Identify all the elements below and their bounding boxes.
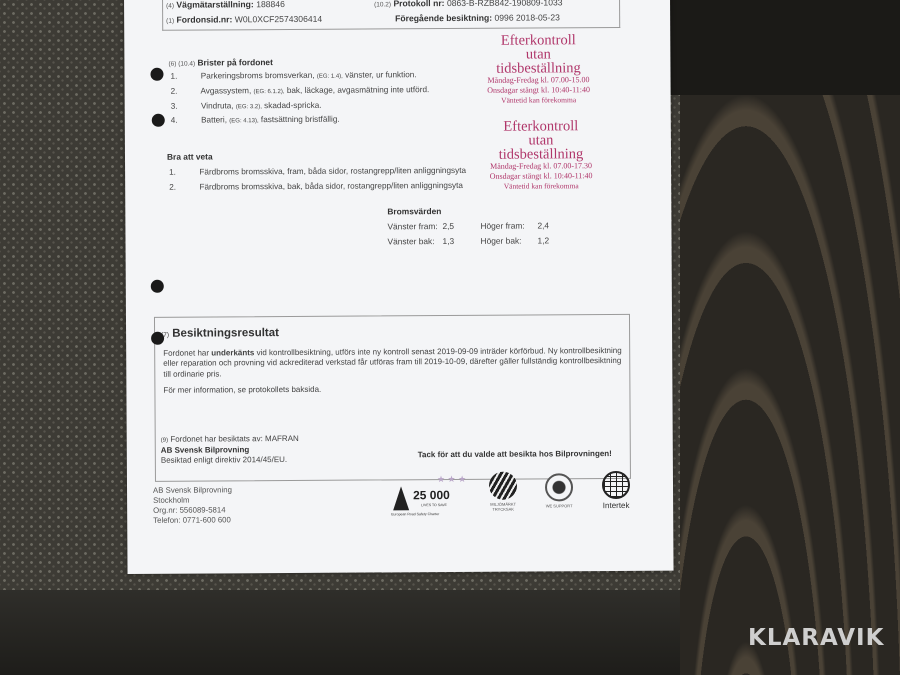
result-text: Fordonet har underkänts vid kontrollbesi… — [163, 346, 623, 380]
defect-item: 4. Batteri, (EG: 4.13), fastsättning bri… — [171, 115, 340, 125]
intertek-logo: Intertek — [595, 471, 637, 510]
stars-icon: ★ ★ ★ — [437, 474, 466, 485]
floor-mat-background — [680, 0, 900, 675]
right-front-value: 2,4 — [537, 220, 549, 230]
brake-values: Bromsvärden Vänster fram: 2,5 Höger fram… — [387, 205, 549, 251]
punch-hole — [150, 68, 163, 81]
protocol-number-field: (10.2) Protokoll nr: 0863-B-RZB842-19080… — [374, 0, 563, 8]
follow-up-stamp: Efterkontroll utan tidsbeställning Månda… — [461, 119, 621, 191]
vehicle-id-field: (1) Fordonsid.nr: W0L0XCF2574306414 — [166, 14, 322, 25]
un-global-compact-logo: WE SUPPORT — [539, 473, 579, 508]
good-to-know-heading: Bra att veta — [167, 151, 213, 161]
inspection-result-box: (7) Besiktningsresultat Fordonet har und… — [154, 314, 631, 482]
more-info-text: För mer information, se protokollets bak… — [163, 385, 321, 395]
result-heading: (7) Besiktningsresultat — [161, 327, 279, 340]
inspection-protocol-document: (4) Vägmätarställning: 188846 (1) Fordon… — [124, 0, 674, 574]
good-to-know-item: 2. Färdbroms bromsskiva, bak, båda sidor… — [169, 181, 463, 192]
globe-icon — [545, 473, 573, 501]
right-rear-value: 1,2 — [537, 235, 549, 245]
left-rear-value: 1,3 — [442, 236, 480, 246]
globe-icon — [602, 471, 630, 499]
defect-item: 2. Avgassystem, (EG: 6.1.2), bak, läckag… — [171, 85, 430, 96]
road-icon — [393, 486, 409, 510]
punch-hole — [151, 332, 164, 345]
defect-item: 1. Parkeringsbroms bromsverkan, (EG: 1.4… — [170, 70, 416, 81]
klaravik-watermark: KLARAVIK — [748, 625, 884, 651]
inspector-info: (9) Fordonet har besiktats av: MAFRAN AB… — [161, 434, 299, 466]
defect-item: 3. Vindruta, (EG: 3.2), skadad-spricka. — [171, 101, 322, 111]
odometer-field: (4) Vägmätarställning: 188846 — [166, 0, 285, 10]
follow-up-stamp: Efterkontroll utan tidsbeställning Månda… — [458, 33, 618, 105]
previous-inspection-field: Föregående besiktning: 0996 2018-05-23 — [395, 12, 560, 23]
certification-logos: ★ ★ ★ 25 000 LIVES TO SAVE European Road… — [391, 469, 641, 521]
thanks-text: Tack för att du valde att besikta hos Bi… — [418, 449, 612, 459]
punch-hole — [152, 114, 165, 127]
defects-heading: (6) (10.4) Brister på fordonet — [168, 57, 273, 68]
floor-mat-shadow — [670, 0, 900, 95]
nordic-swan-ecolabel-logo: MILJÖMÄRKT TRYCKSAK — [483, 472, 523, 512]
punch-hole — [151, 280, 164, 293]
swan-icon — [489, 472, 517, 500]
seat-bottom-background — [0, 590, 690, 675]
company-address: AB Svensk Bilprovning Stockholm Org.nr: … — [153, 485, 232, 525]
good-to-know-item: 1. Färdbroms bromsskiva, fram, båda sido… — [169, 166, 466, 177]
left-front-value: 2,5 — [442, 221, 480, 231]
